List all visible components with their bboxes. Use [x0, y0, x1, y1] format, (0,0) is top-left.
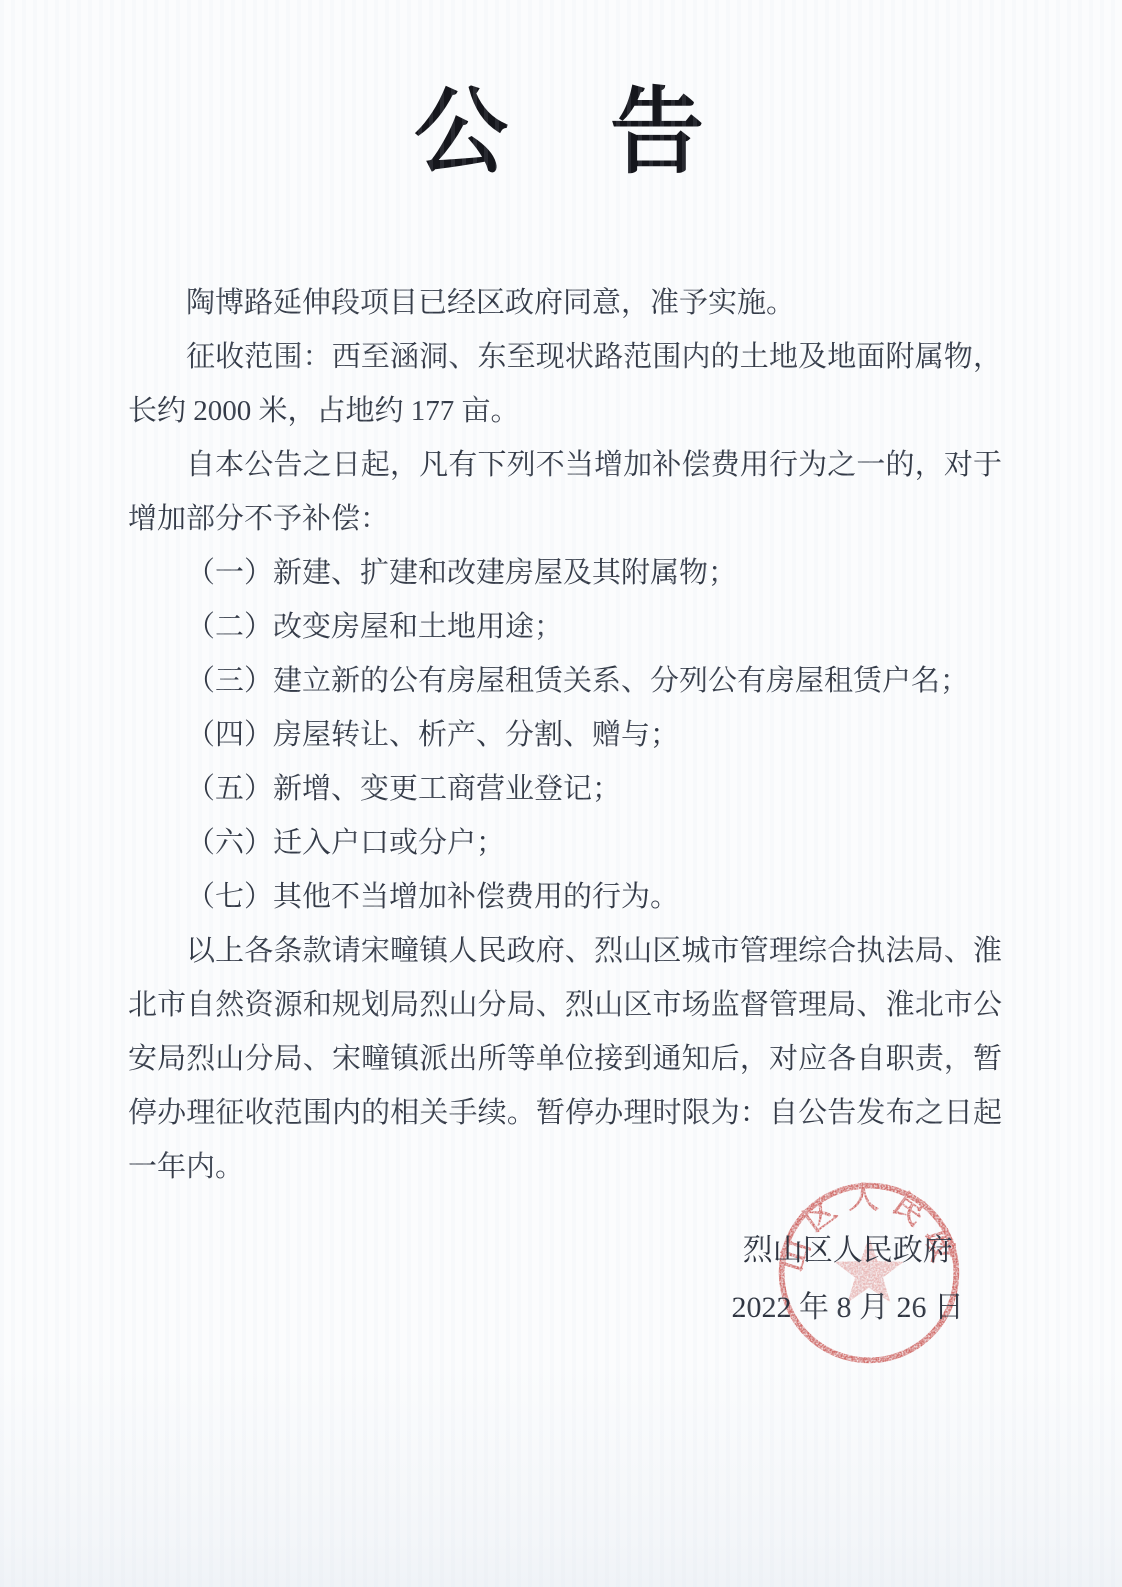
announcement-body: 陶博路延伸段项目已经区政府同意，准予实施。 征收范围：西至涵洞、东至现状路范围内… — [128, 276, 1002, 1194]
para-project-approval: 陶博路延伸段项目已经区政府同意，准予实施。 — [128, 276, 1002, 330]
list-item-5: （五）新增、变更工商营业登记； — [128, 762, 1002, 816]
issue-date: 2022 年 8 月 26 日 — [732, 1279, 965, 1336]
list-item-2: （二）改变房屋和土地用途； — [128, 600, 1002, 654]
list-item-1: （一）新建、扩建和改建房屋及其附属物； — [128, 546, 1002, 600]
list-item-6: （六）迁入户口或分户； — [128, 816, 1002, 870]
para-compensation-warning: 自本公告之日起，凡有下列不当增加补偿费用行为之一的，对于增加部分不予补偿： — [128, 438, 1002, 546]
issuer-name: 烈山区人民政府 — [732, 1222, 965, 1279]
list-item-4: （四）房屋转让、析产、分割、赠与； — [128, 708, 1002, 762]
list-item-3: （三）建立新的公有房屋租赁关系、分列公有房屋租赁户名； — [128, 654, 1002, 708]
list-item-7: （七）其他不当增加补偿费用的行为。 — [128, 870, 1002, 924]
announcement-page: 公 告 陶博路延伸段项目已经区政府同意，准予实施。 征收范围：西至涵洞、东至现状… — [0, 0, 1122, 1587]
para-expropriation-scope: 征收范围：西至涵洞、东至现状路范围内的土地及地面附属物，长约 2000 米，占地… — [128, 330, 1002, 438]
page-title: 公 告 — [0, 58, 1122, 208]
para-agency-notice: 以上各条款请宋疃镇人民政府、烈山区城市管理综合执法局、淮北市自然资源和规划局烈山… — [128, 924, 1002, 1194]
signature-block: 烈山区人民政府 2022 年 8 月 26 日 — [732, 1222, 965, 1336]
